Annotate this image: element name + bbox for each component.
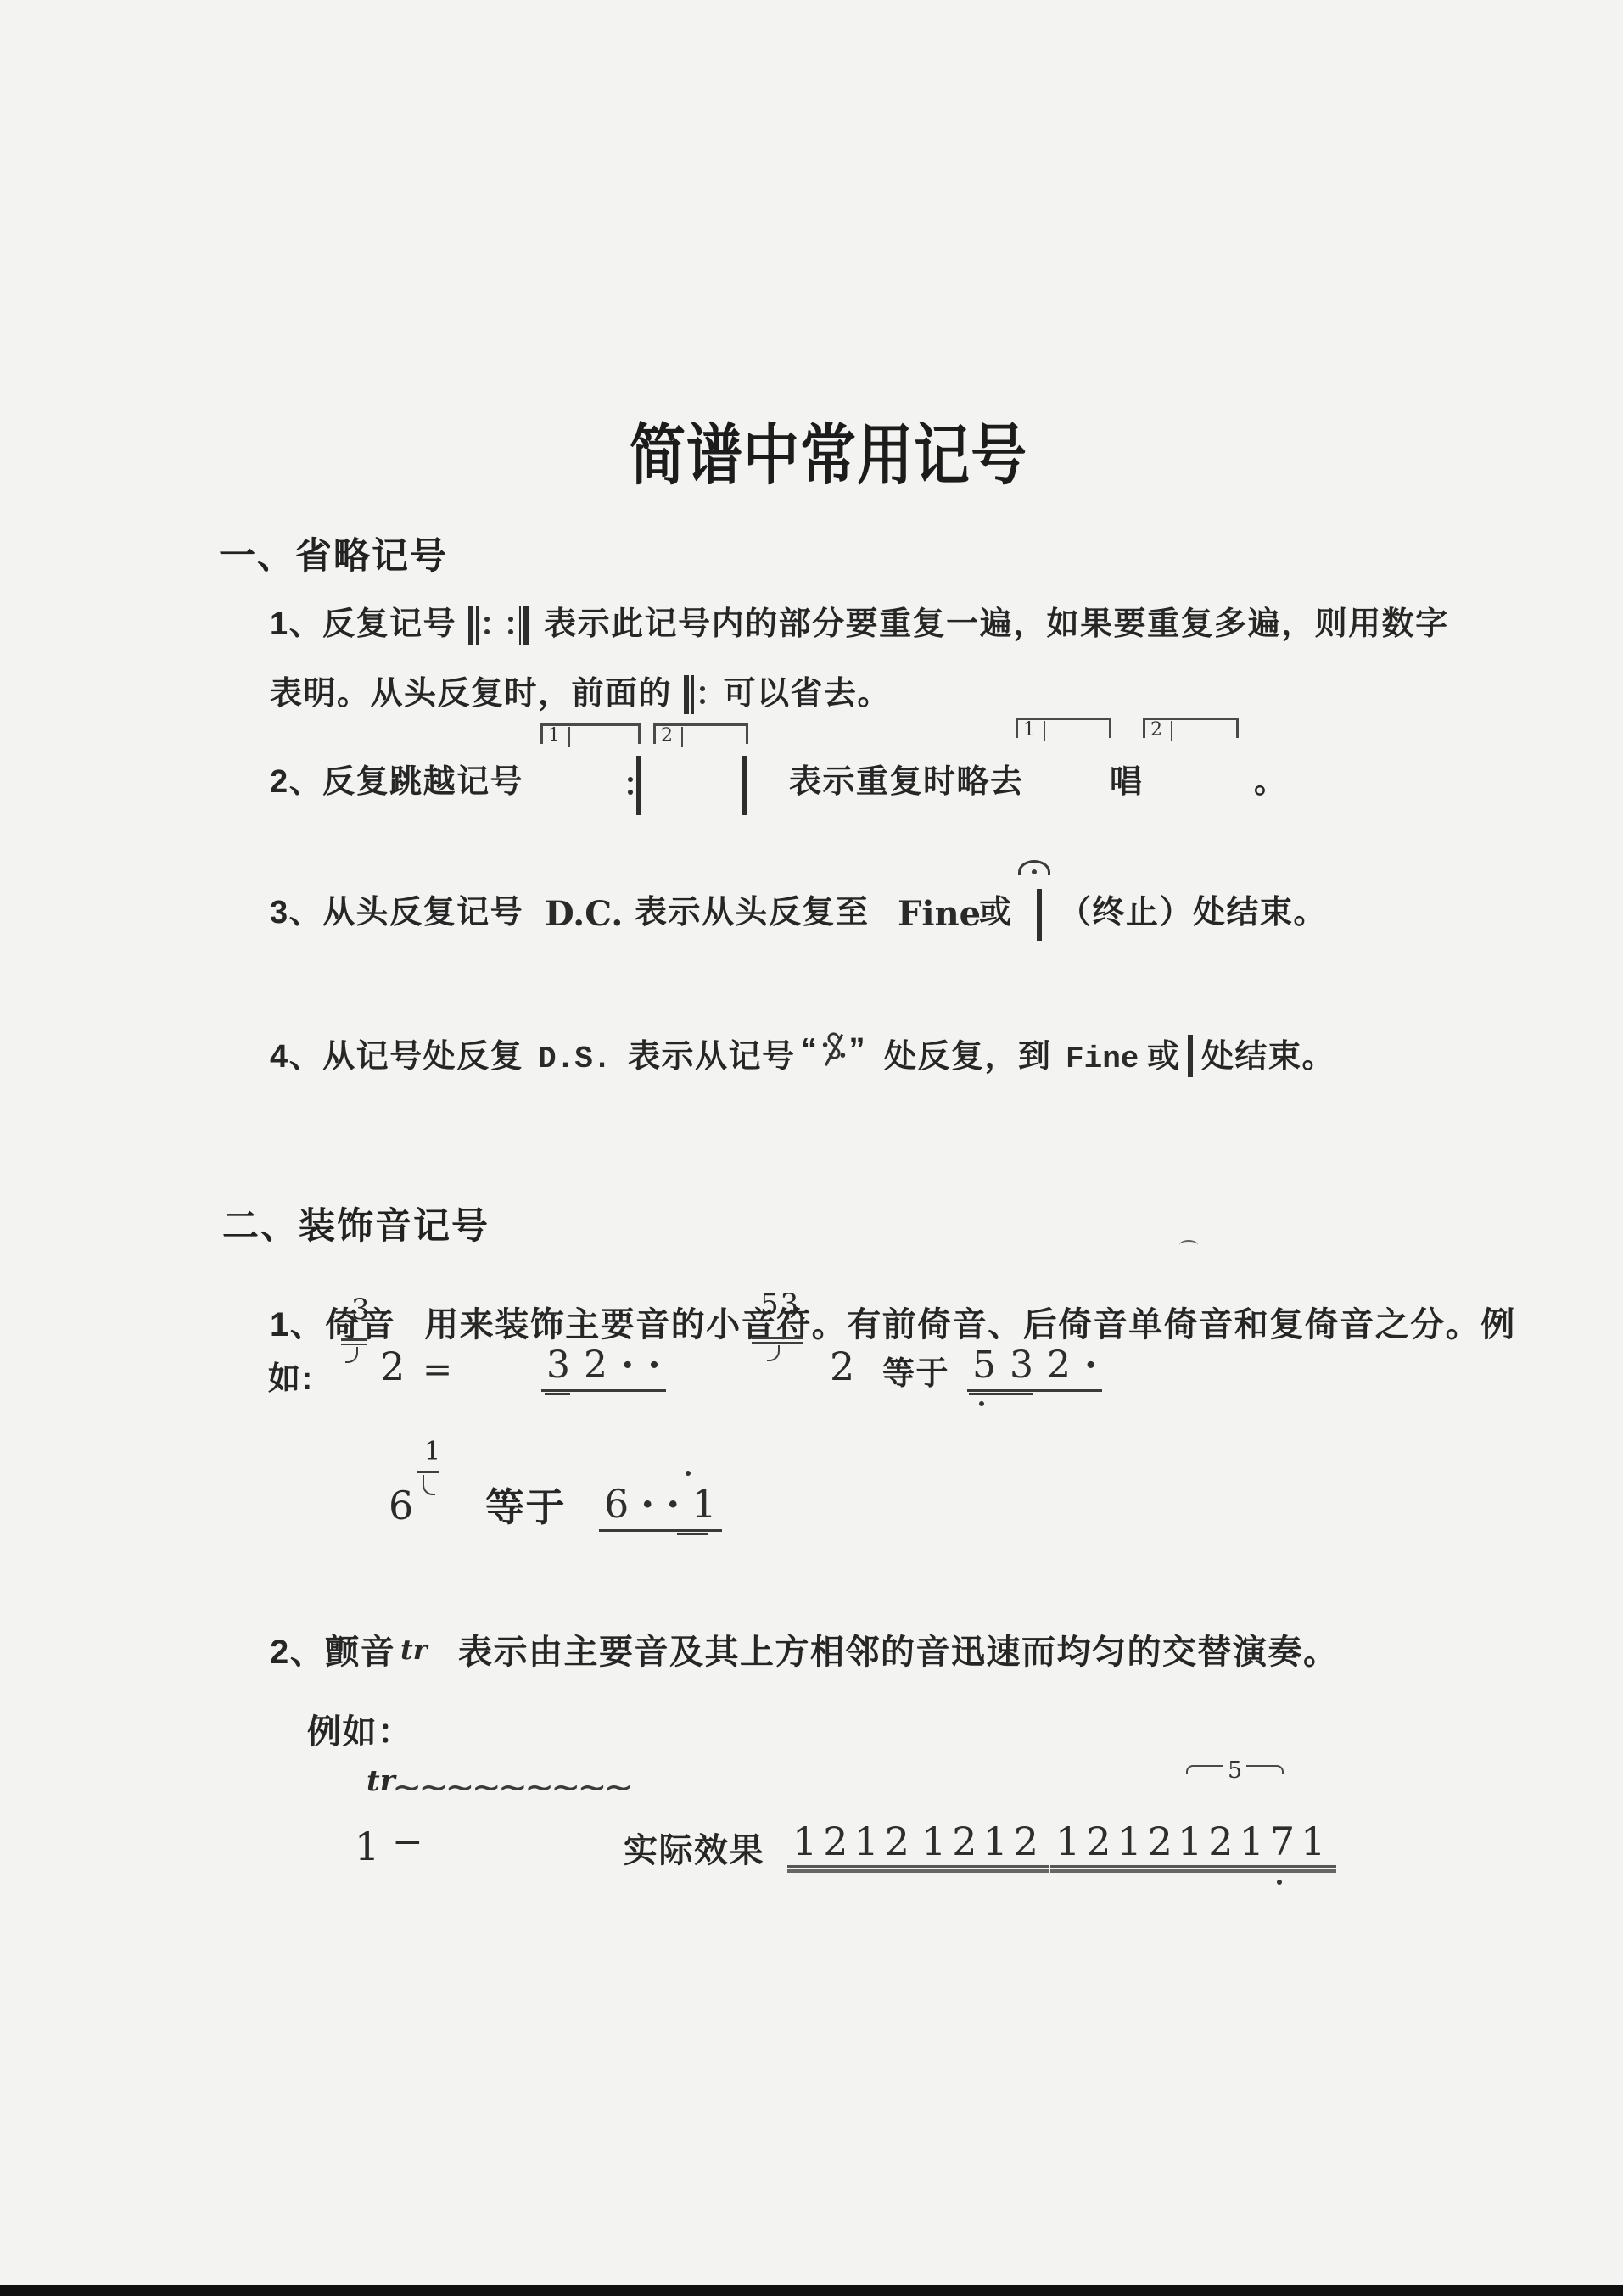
- note-token: 1212: [1055, 1818, 1178, 1864]
- note-token: 2: [584, 1345, 607, 1386]
- duration-dot: ·: [666, 1483, 680, 1526]
- equals-sign: =: [423, 1349, 452, 1390]
- note-token: 2: [1208, 1818, 1239, 1864]
- bracket-segment: [1186, 1765, 1223, 1774]
- volta-number: 2: [661, 727, 683, 747]
- dash-extension: −: [392, 1820, 423, 1863]
- note-token-low: 7: [1270, 1818, 1301, 1864]
- example-ru: 如:: [268, 1359, 314, 1400]
- page-title: 简谱中常用记号: [630, 402, 1027, 497]
- item2-prefix: 2、反复跳越记号: [270, 762, 523, 803]
- main-note: 2: [380, 1344, 405, 1389]
- double-beam-icon: [677, 1533, 708, 1535]
- equals-label: 等于: [882, 1354, 949, 1395]
- grace-note-small: 53: [760, 1288, 800, 1321]
- duration-dot: ·: [641, 1483, 654, 1526]
- low-octave-dot-icon: [979, 1401, 984, 1406]
- main-note: 6: [389, 1483, 413, 1528]
- tuplet-number: 5: [1228, 1759, 1242, 1782]
- item1-line2-before: 表明。从头反复时，前面的: [270, 673, 672, 715]
- note-token: 7: [1270, 1818, 1301, 1864]
- end-repeat-icon: [505, 606, 529, 645]
- item4-ds: D.S.: [538, 1042, 611, 1076]
- item1-line1: 1、反复记号 表示此记号内的部分要重复一遍，如果要重复多遍，则用数字: [270, 604, 1449, 645]
- grace-beam-icon: [752, 1337, 803, 1361]
- trill-main-note: 1: [355, 1824, 379, 1869]
- low-octave-dot-icon: [1277, 1880, 1282, 1885]
- note-token: 5: [972, 1345, 996, 1386]
- final-barline-icon: [1037, 889, 1042, 941]
- section2-heading: 二、装饰音记号: [222, 1198, 490, 1249]
- s2item2-desc: 表示由主要音及其上方相邻的音迅速而均匀的交替演奏。: [458, 1630, 1339, 1674]
- item4-text: 表示从记号: [628, 1036, 796, 1078]
- trill-group-2: 1212: [916, 1820, 1049, 1868]
- scan-edge-bar: [0, 2285, 1623, 2296]
- double-beam-icon: [1050, 1869, 1184, 1873]
- s2item1-desc: 用来装饰主要音的小音符。有前倚音、后倚音单倚音和复倚音之分。例: [424, 1303, 1516, 1347]
- note-token: 1: [1240, 1818, 1270, 1864]
- grace-note-small: 3: [351, 1293, 370, 1327]
- item3-fine: Fine: [898, 894, 981, 934]
- trill-group-3: 1212: [1050, 1820, 1184, 1868]
- item3-text: 表示从头反复至: [635, 892, 870, 934]
- item4-or: 或: [1147, 1036, 1181, 1078]
- volta-bracket-1: 1: [540, 723, 641, 751]
- final-barline-icon: [742, 756, 747, 815]
- note-token: 6: [604, 1483, 629, 1526]
- double-beam-icon: [1172, 1869, 1336, 1873]
- trill-group-4: 12171: [1172, 1820, 1336, 1868]
- high-octave-dot-icon: [686, 1471, 691, 1476]
- section1-heading: 一、省略记号: [219, 528, 448, 579]
- trill-wave-icon: ~~~~~~~~~: [392, 1766, 630, 1807]
- grace-beam-icon: [417, 1471, 439, 1495]
- item2-text: 表示重复时略去: [789, 762, 1024, 803]
- bracket-segment: [1246, 1765, 1284, 1774]
- note-token: 1212: [792, 1818, 915, 1864]
- volta-number: 2: [1150, 721, 1172, 741]
- note-token: 1: [1178, 1818, 1208, 1864]
- item1-line2: 表明。从头反复时，前面的 可以省去。: [270, 673, 891, 715]
- s2item1-prefix: 1、倚音: [270, 1303, 395, 1347]
- double-beam-icon: [916, 1869, 1049, 1873]
- trill-group-1: 1212: [787, 1820, 921, 1868]
- volta-bracket-2: 2: [653, 723, 748, 751]
- trill-symbol: tr: [400, 1634, 428, 1666]
- item1-prefix: 1、反复记号: [270, 604, 456, 645]
- item2-period: 。: [1254, 762, 1288, 803]
- final-barline-icon: [1188, 1035, 1193, 1077]
- quintuplet-bracket: 5: [1186, 1759, 1284, 1782]
- item4-text2: 处反复，到: [884, 1036, 1052, 1078]
- item4-fine: Fine: [1066, 1042, 1139, 1076]
- end-repeat-icon: [624, 756, 641, 815]
- begin-repeat-icon: [468, 606, 493, 645]
- grace-note-small: 1: [424, 1437, 440, 1466]
- main-note: 2: [830, 1344, 854, 1389]
- item4-prefix: 4、从记号处反复: [270, 1036, 523, 1078]
- duration-dot: ·: [647, 1345, 660, 1386]
- grace-beam-icon: [341, 1338, 367, 1363]
- grace-note-line: 1、倚音 用来装饰主要音的小音符。有前倚音、后倚音单倚音和复倚音之分。例: [270, 1303, 1516, 1347]
- item3-or: 或: [979, 892, 1013, 934]
- note-token: 3: [546, 1345, 570, 1386]
- volta-number: 1: [548, 727, 570, 747]
- item3-end: （终止）处结束。: [1059, 892, 1327, 934]
- double-beam-icon: [969, 1393, 1033, 1395]
- notation-group-3: 6 · · 1: [599, 1483, 722, 1532]
- double-beam-icon: [545, 1393, 570, 1395]
- note-token: 1: [1301, 1818, 1331, 1864]
- s2item2-prefix: 2、颤音: [270, 1630, 395, 1674]
- quote-close: ”: [849, 1030, 867, 1071]
- duration-dot: ·: [1084, 1345, 1097, 1386]
- begin-repeat-icon: [684, 675, 708, 714]
- volta-bracket-4: 2: [1143, 718, 1239, 746]
- fermata-icon: [1018, 860, 1050, 875]
- notation-group-2: 5 3 2 ·: [967, 1345, 1102, 1392]
- volta-bracket-3: 1: [1016, 718, 1111, 746]
- note-token: 3: [1010, 1345, 1033, 1386]
- segno-icon: [820, 1031, 848, 1069]
- scanned-document-page: 简谱中常用记号 一、省略记号 1、反复记号 表示此记号内的部分要重复一遍，如果要…: [0, 0, 1623, 2296]
- item1-text: 表示此记号内的部分要重复一遍，如果要重复多遍，则用数字: [544, 604, 1449, 645]
- example-label: 例如：: [307, 1710, 413, 1754]
- note-token: 1212: [921, 1818, 1044, 1864]
- item3-prefix: 3、从头反复记号: [270, 892, 523, 934]
- item3-dc: D.C.: [545, 894, 623, 934]
- quote-open: “: [801, 1030, 819, 1071]
- note-token: 1: [691, 1483, 716, 1526]
- duration-dot: ·: [621, 1345, 634, 1386]
- effect-label: 实际效果: [624, 1829, 764, 1873]
- notation-group-1: 3 2 · ·: [541, 1345, 666, 1392]
- note-token: 2: [1047, 1345, 1071, 1386]
- stray-arc-icon: [1179, 1240, 1198, 1250]
- equals-label: 等于: [485, 1483, 566, 1533]
- segno-quoted: “ ”: [801, 1030, 866, 1071]
- item2-sing: 唱: [1110, 762, 1144, 803]
- double-beam-icon: [787, 1869, 921, 1873]
- trill-symbol: tr: [367, 1764, 395, 1798]
- item4-end: 处结束。: [1201, 1036, 1335, 1078]
- item1-line2-after: 可以省去。: [724, 673, 892, 715]
- volta-number: 1: [1023, 721, 1045, 741]
